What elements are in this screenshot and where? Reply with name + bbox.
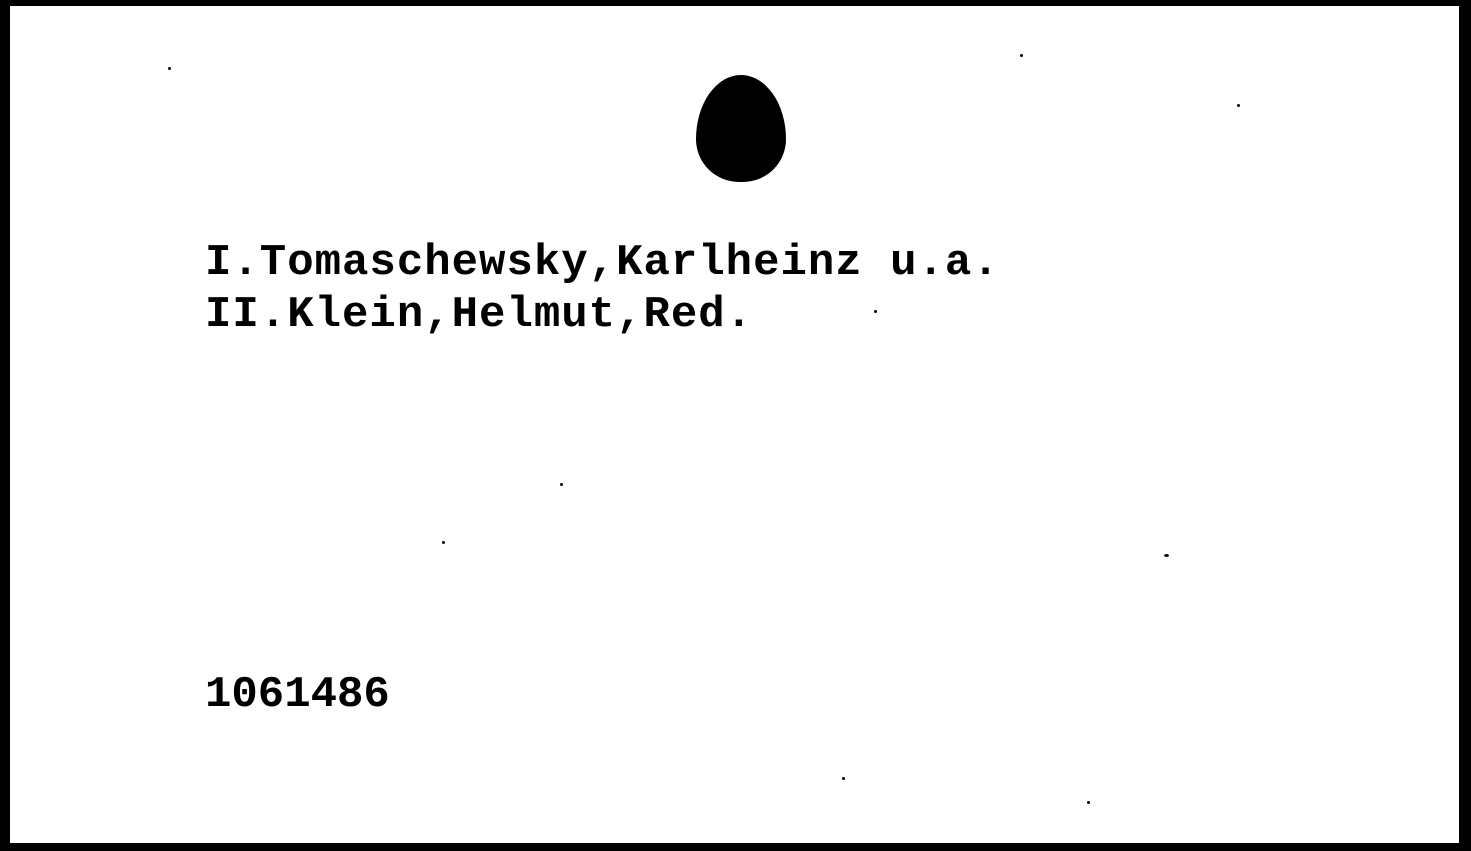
punch-hole — [696, 75, 786, 182]
speck — [1237, 104, 1240, 107]
speck — [442, 541, 445, 544]
speck — [560, 483, 563, 486]
added-entry-1: I.Tomaschewsky,Karlheinz u.a. — [205, 238, 1000, 288]
speck — [168, 67, 171, 70]
added-entry-2: II.Klein,Helmut,Red. — [205, 290, 753, 340]
speck — [1020, 54, 1023, 57]
catalog-card: I.Tomaschewsky,Karlheinz u.a. II.Klein,H… — [10, 6, 1459, 843]
record-number: 1061486 — [205, 670, 390, 720]
speck — [874, 310, 877, 313]
speck — [1087, 801, 1090, 804]
speck — [842, 777, 845, 780]
speck — [1164, 554, 1169, 557]
